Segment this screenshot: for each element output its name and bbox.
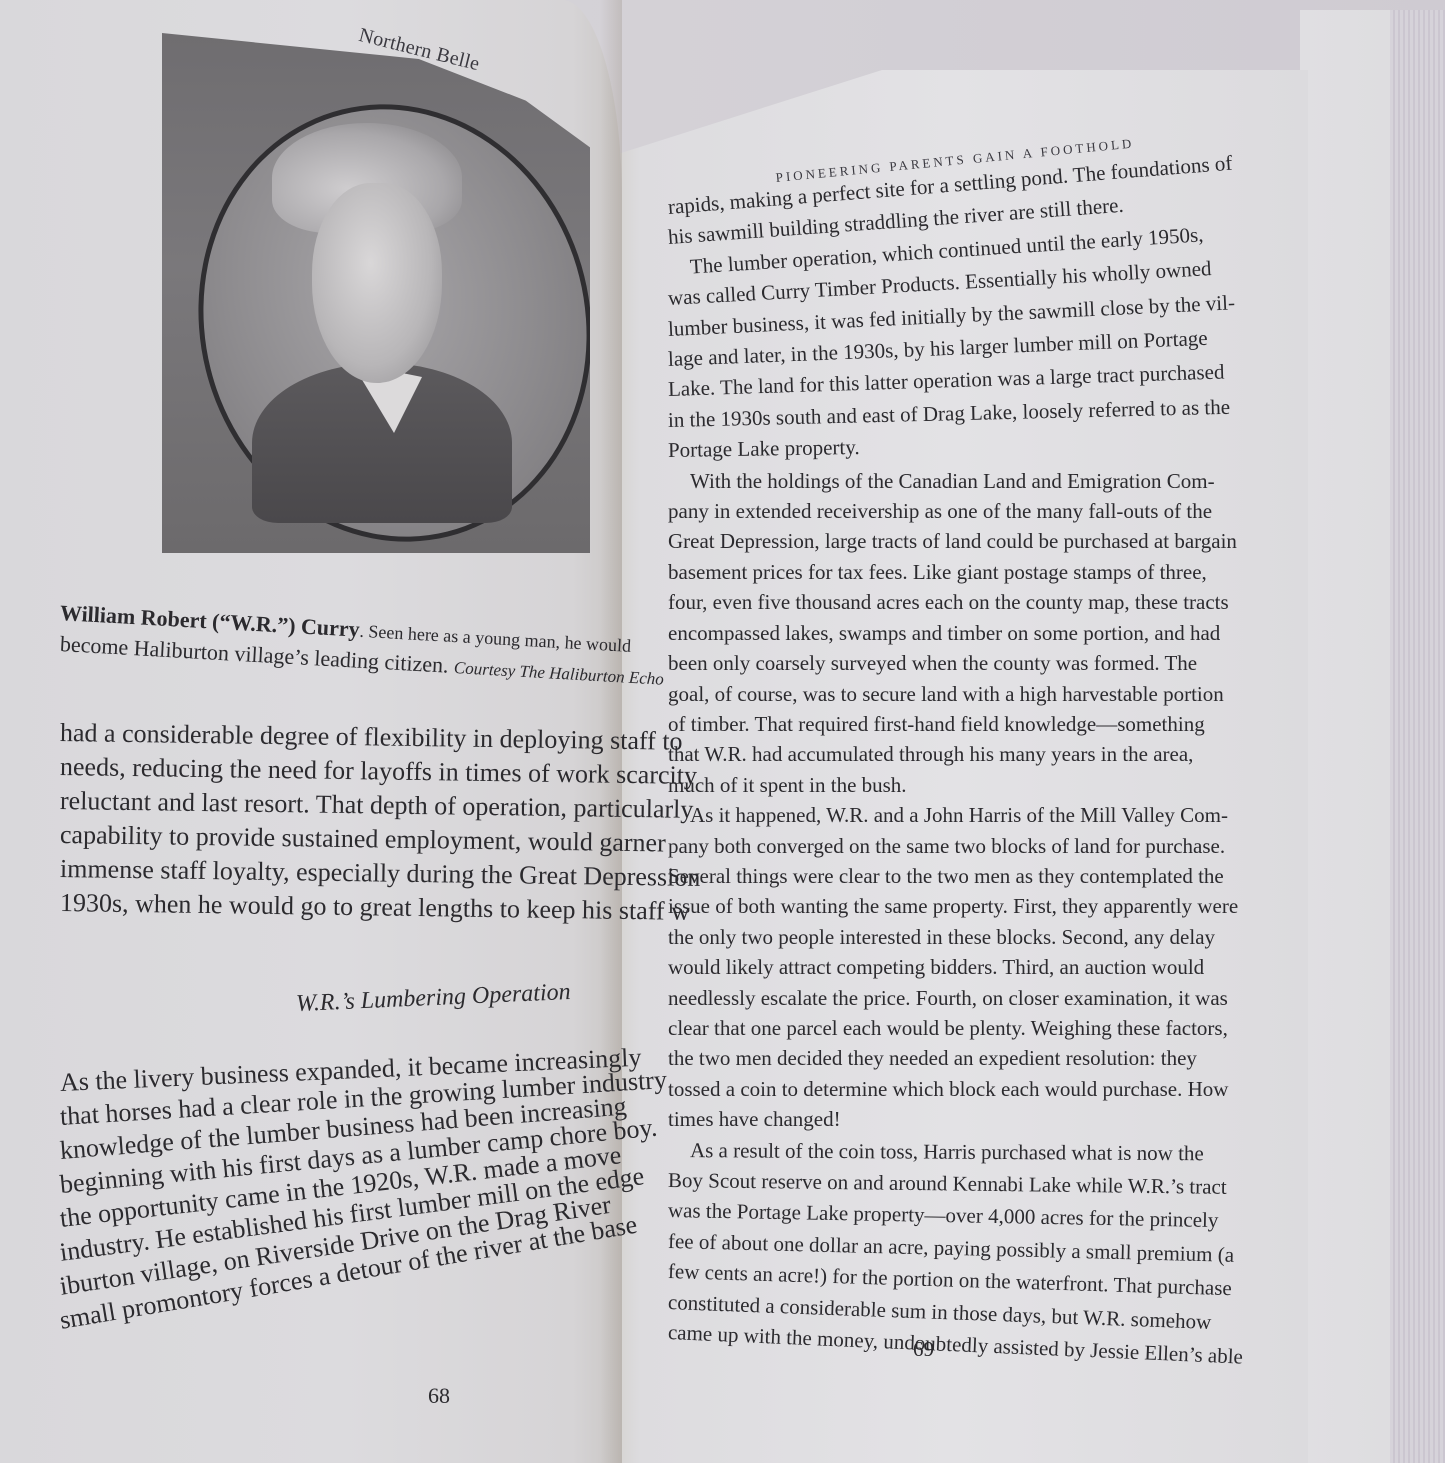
photo-caption: William Robert (“W.R.”) Curry. Seen here… [60,598,620,660]
text-line: times have changed! [668,1104,1278,1134]
right-page-body: rapids, making a perfect site for a sett… [668,192,1278,1347]
text-line: pany both converged on the same two bloc… [668,831,1278,861]
text-line: As it happened, W.R. and a John Harris o… [668,800,1278,830]
text-line: tossed a coin to determine which block e… [668,1074,1278,1104]
text-line: of timber. That required first-hand fiel… [668,709,1278,739]
page-edge-face [1300,10,1390,1463]
text-line: would likely attract competing bidders. … [668,952,1278,982]
left-paragraph-1: had a considerable degree of flexibility… [60,716,620,920]
text-line: four, even five thousand acres each on t… [668,587,1278,617]
text-line: the only two people interested in these … [668,922,1278,952]
text-line: With the holdings of the Canadian Land a… [668,466,1278,496]
text-line: clear that one parcel each would be plen… [668,1013,1278,1043]
text-line: much of it spent in the bush. [668,770,1278,800]
left-paragraph-2: As the livery business expanded, it beca… [60,1066,620,1338]
text-line: encompassed lakes, swamps and timber on … [668,618,1278,648]
text-line: basement prices for tax fees. Like giant… [668,557,1278,587]
text-line: Great Depression, large tracts of land c… [668,526,1278,556]
page-number-left: 68 [428,1383,450,1409]
text-line: needlessly escalate the price. Fourth, o… [668,983,1278,1013]
portrait-face [312,183,442,383]
text-line: that W.R. had accumulated through his ma… [668,739,1278,769]
page-number-right: 69 [913,1337,934,1362]
text-line: pany in extended receivership as one of … [668,496,1278,526]
open-book-photo: Pioneering Parents Gain a Foothold rapid… [0,0,1445,1463]
text-line: the two men decided they needed an exped… [668,1043,1278,1073]
portrait-photo [162,33,590,553]
page-block-edge [1385,10,1445,1463]
text-line: goal, of course, was to secure land with… [668,679,1278,709]
text-line: been only coarsely surveyed when the cou… [668,648,1278,678]
text-line: Several things were clear to the two men… [668,861,1278,891]
text-line: issue of both wanting the same property.… [668,891,1278,921]
text-line: As a result of the coin toss, Harris pur… [668,1135,1278,1169]
